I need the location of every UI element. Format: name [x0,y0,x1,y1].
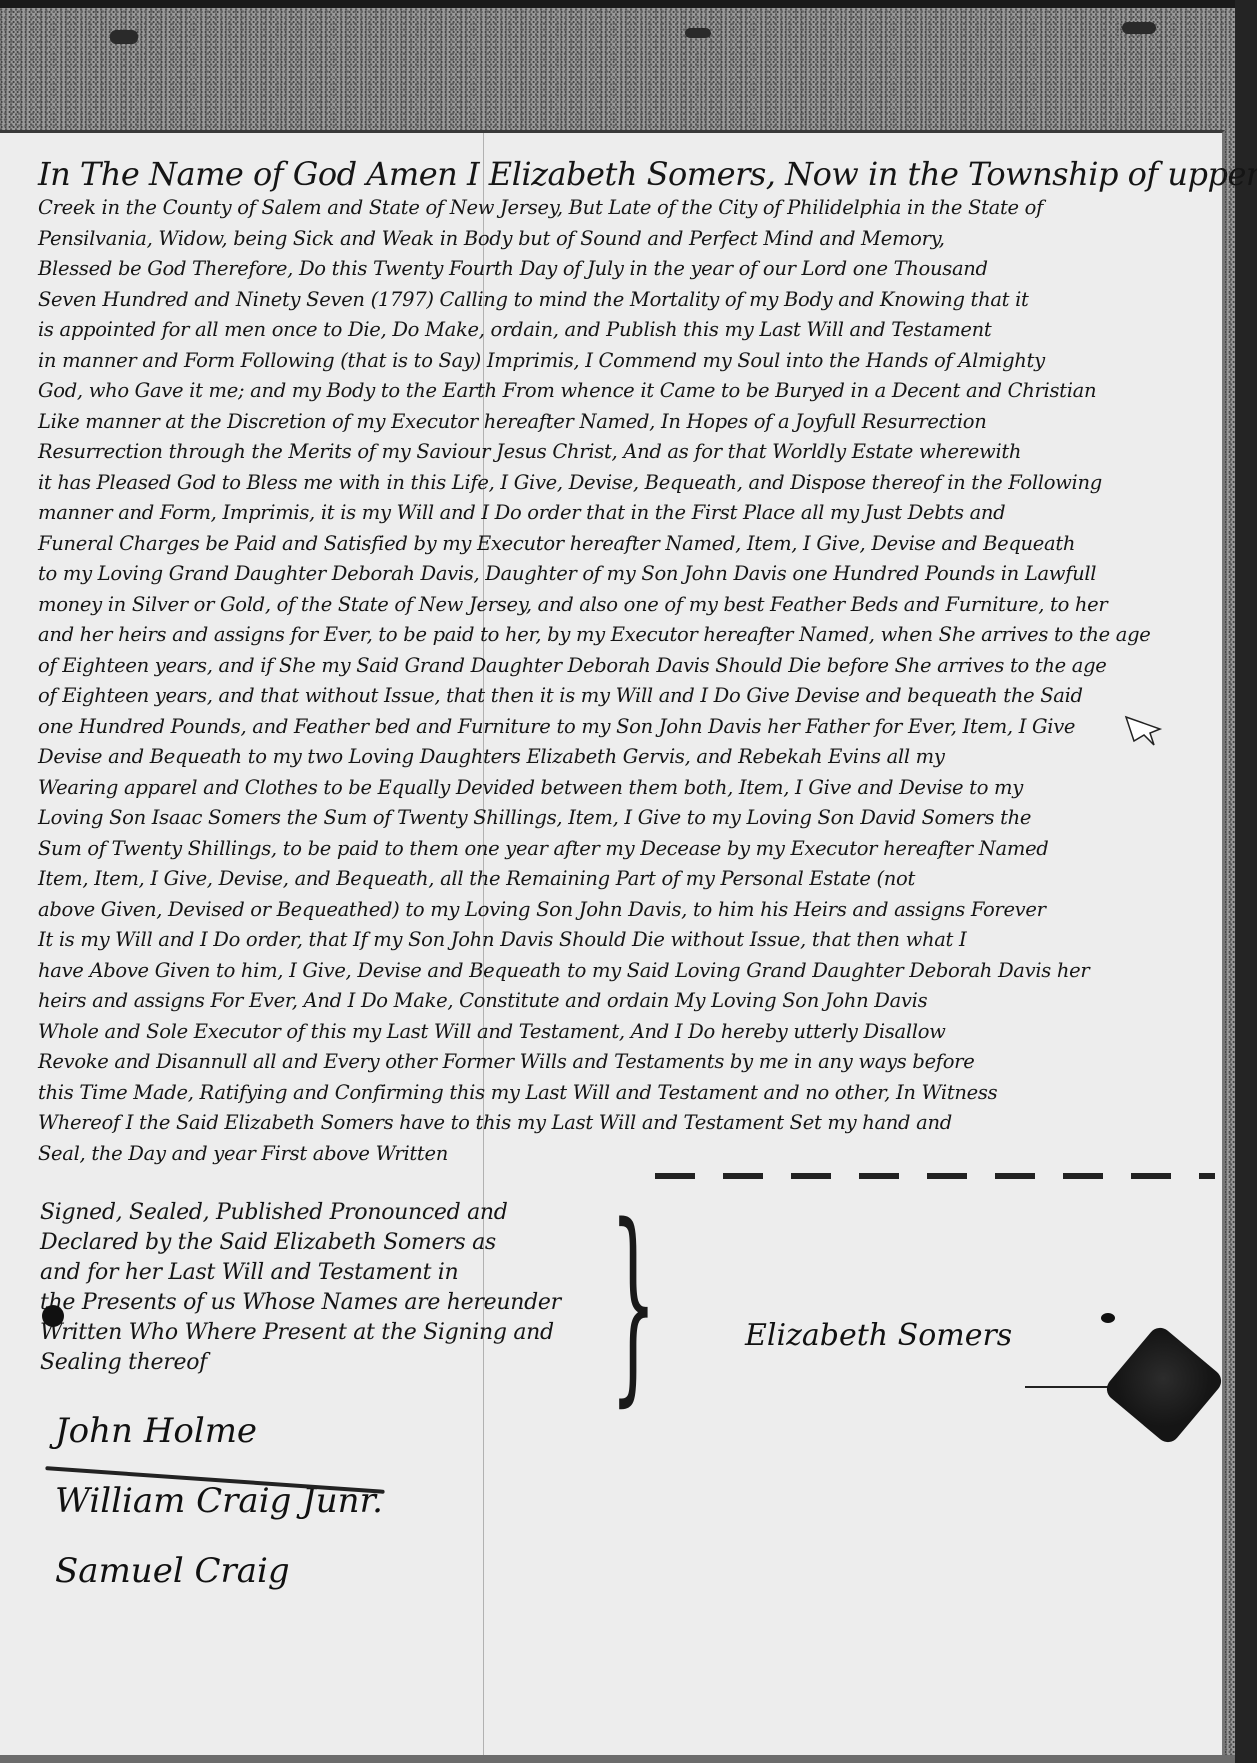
will-line: to my Loving Grand Daughter Deborah Davi… [38,559,1218,590]
will-line: In The Name of God Amen I Elizabeth Some… [38,155,1218,193]
attestation-line: Sealing thereof [40,1348,600,1378]
attestation-line: Declared by the Said Elizabeth Somers as [40,1228,600,1258]
arrow-cursor-icon [1124,715,1164,747]
will-line: money in Silver or Gold, of the State of… [38,590,1218,621]
will-line: one Hundred Pounds, and Feather bed and … [38,712,1218,743]
will-line: Blessed be God Therefore, Do this Twenty… [38,254,1218,285]
will-line: Funeral Charges be Paid and Satisfied by… [38,529,1218,560]
wax-seal-icon [1102,1323,1226,1447]
will-line: is appointed for all men once to Die, Do… [38,315,1218,346]
will-line: manner and Form, Imprimis, it is my Will… [38,498,1218,529]
will-line: of Eighteen years, and that without Issu… [38,681,1218,712]
witness-signature: John Holme [55,1396,383,1466]
will-line: Loving Son Isaac Somers the Sum of Twent… [38,803,1218,834]
will-line: Resurrection through the Merits of my Sa… [38,437,1218,468]
will-line: Whole and Sole Executor of this my Last … [38,1017,1218,1048]
scan-mark [685,28,711,38]
will-line: in manner and Form Following (that is to… [38,346,1218,377]
witness-signatures: John Holme William Craig Junr. Samuel Cr… [55,1396,383,1606]
viewer-right-frame [1235,0,1257,1763]
will-line: Seal, the Day and year First above Writt… [38,1139,1218,1170]
will-line: have Above Given to him, I Give, Devise … [38,956,1218,987]
will-line: this Time Made, Ratifying and Confirming… [38,1078,1218,1109]
will-line: Wearing apparel and Clothes to be Equall… [38,773,1218,804]
will-line: it has Pleased God to Bless me with in t… [38,468,1218,499]
will-line: heirs and assigns For Ever, And I Do Mak… [38,986,1218,1017]
attestation-clause: Signed, Sealed, Published Pronounced and… [40,1198,600,1378]
ink-blot [1101,1313,1115,1323]
will-line: Item, Item, I Give, Devise, and Bequeath… [38,864,1218,895]
will-line: Sum of Twenty Shillings, to be paid to t… [38,834,1218,865]
attestation-line: Written Who Where Present at the Signing… [40,1318,600,1348]
will-line: above Given, Devised or Bequeathed) to m… [38,895,1218,926]
viewer-top-frame [0,0,1257,8]
scan-mark [1122,22,1156,34]
witness-signature: Samuel Craig [55,1536,383,1606]
will-document-page: In The Name of God Amen I Elizabeth Some… [0,130,1225,1763]
will-line: Creek in the County of Salem and State o… [38,193,1218,224]
testator-signature: Elizabeth Somers [745,1318,1012,1353]
ink-blot [42,1305,64,1327]
will-line: of Eighteen years, and if She my Said Gr… [38,651,1218,682]
witness-signature: William Craig Junr. [55,1466,383,1536]
will-body-text: In The Name of God Amen I Elizabeth Some… [38,155,1218,1169]
attestation-line: and for her Last Will and Testament in [40,1258,600,1288]
attestation-line: Signed, Sealed, Published Pronounced and [40,1198,600,1228]
page-bottom-edge [0,1755,1235,1763]
will-line: and her heirs and assigns for Ever, to b… [38,620,1218,651]
will-line: Like manner at the Discretion of my Exec… [38,407,1218,438]
will-line: Pensilvania, Widow, being Sick and Weak … [38,224,1218,255]
will-line: Devise and Bequeath to my two Loving Dau… [38,742,1218,773]
closing-dash-line [655,1173,1215,1179]
will-line: Revoke and Disannull all and Every other… [38,1047,1218,1078]
will-line: It is my Will and I Do order, that If my… [38,925,1218,956]
will-line: Seven Hundred and Ninety Seven (1797) Ca… [38,285,1218,316]
brace-icon: } [610,1198,657,1408]
scan-mark [110,30,138,44]
will-line: God, who Gave it me; and my Body to the … [38,376,1218,407]
attestation-line: the Presents of us Whose Names are hereu… [40,1288,600,1318]
will-line: Whereof I the Said Elizabeth Somers have… [38,1108,1218,1139]
